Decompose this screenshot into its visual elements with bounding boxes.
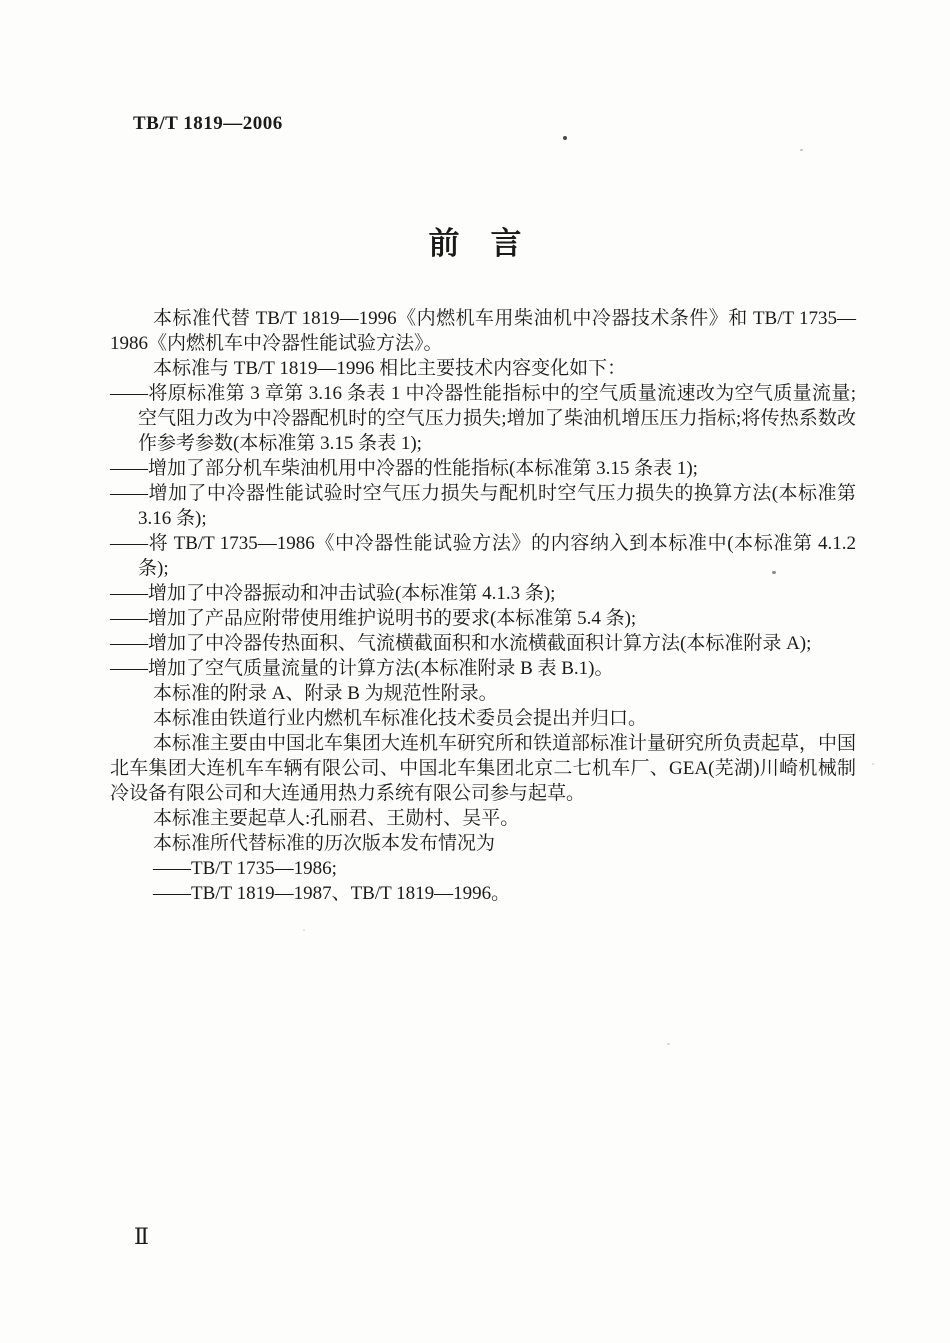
paragraph: ——增加了中冷器传热面积、气流横截面积和水流横截面积计算方法(本标准附录 A); [110,631,856,656]
paragraph: ——增加了中冷器性能试验时空气压力损失与配机时空气压力损失的换算方法(本标准第 … [110,481,856,531]
scan-speck [667,1043,670,1045]
paragraph: 本标准所代替标准的历次版本发布情况为 [110,831,856,856]
paragraph: ——TB/T 1735—1986; [153,856,856,881]
paragraph: ——增加了部分机车柴油机用中冷器的性能指标(本标准第 3.15 条表 1); [110,456,856,481]
paragraph: 本标准主要由中国北车集团大连机车研究所和铁道部标准计量研究所负责起草，中国北车集… [110,731,856,806]
paragraph: ——增加了产品应附带使用维护说明书的要求(本标准第 5.4 条); [110,606,856,631]
page-number: Ⅱ [134,1224,149,1250]
scan-speck [800,149,803,151]
paragraph: 本标准代替 TB/T 1819—1996《内燃机车用柴油机中冷器技术条件》和 T… [110,306,856,356]
paragraph: ——TB/T 1819—1987、TB/T 1819—1996。 [153,881,856,906]
standard-number: TB/T 1819—2006 [133,113,283,135]
paragraph: 本标准由铁道行业内燃机车标准化技术委员会提出并归口。 [110,706,856,731]
paragraph: 本标准主要起草人:孔丽君、王勋村、吴平。 [110,806,856,831]
paragraph: 本标准与 TB/T 1819—1996 相比主要技术内容变化如下： [110,356,856,381]
paragraph: ——增加了空气质量流量的计算方法(本标准附录 B 表 B.1)。 [110,656,856,681]
paragraph: ——将 TB/T 1735—1986《中冷器性能试验方法》的内容纳入到本标准中(… [110,531,856,581]
paragraph: 本标准的附录 A、附录 B 为规范性附录。 [110,681,856,706]
scan-speck [563,136,567,140]
scan-speck [872,763,874,765]
paragraph: ——将原标准第 3 章第 3.16 条表 1 中冷器性能指标中的空气质量流速改为… [110,381,856,456]
scan-speck [303,929,305,931]
paragraph: ——增加了中冷器振动和冲击试验(本标准第 4.1.3 条); [110,581,856,606]
scanned-document-page: TB/T 1819—2006 前 言 本标准代替 TB/T 1819—1996《… [0,0,950,1343]
document-body: 本标准代替 TB/T 1819—1996《内燃机车用柴油机中冷器技术条件》和 T… [110,306,856,906]
foreword-title: 前 言 [0,218,950,263]
